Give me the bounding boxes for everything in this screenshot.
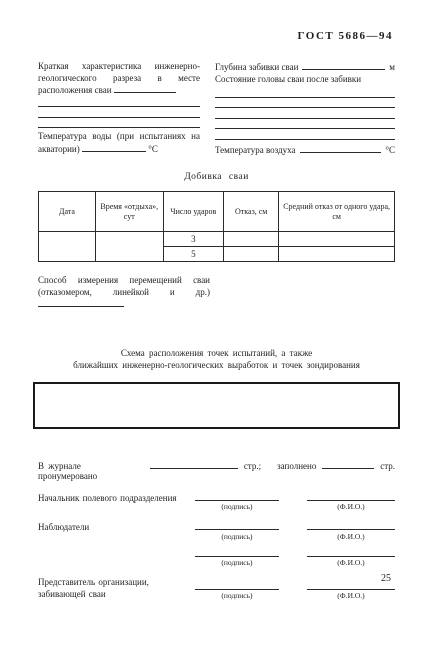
journal-pages-field: В журнале пронумеровано стр.; заполнено … [38,460,395,481]
brief-description-blank [114,84,176,93]
blank-line [215,87,395,98]
name-caption: (Ф.И.О.) [307,501,395,512]
blank-line [38,97,200,108]
right-column: Глубина забивки сваим Состояние головы с… [215,61,395,156]
signature-line [195,522,279,530]
cell-refusal [224,247,279,262]
scheme-caption-line1: Схема расположения точек испытаний, а та… [38,347,395,359]
redriving-table: Дата Время «отдыха», сут Число ударов От… [38,191,395,262]
header-fields: Краткая характеристика инженерно-геологи… [38,61,395,156]
measurement-method-blank [38,298,124,307]
col-header-date: Дата [39,192,96,232]
left-column: Краткая характеристика инженерно-геологи… [38,61,200,156]
journal-pages-label-2: стр. [380,461,395,471]
scheme-caption: Схема расположения точек испытаний, а та… [38,347,395,371]
signature-cell: (подпись) [195,582,279,601]
air-temp-label: Температура воздуха [215,145,296,157]
standard-number: ГОСТ 5686—94 [38,30,395,42]
water-temp-field: Температура воды (при испытаниях на аква… [38,131,200,155]
table-header-row: Дата Время «отдыха», сут Число ударов От… [39,192,395,232]
signature-caption: (подпись) [195,501,279,512]
table-row: 3 [39,232,395,247]
pile-head-label: Состояние головы сваи после забивки [215,74,395,86]
name-caption: (Ф.И.О.) [307,590,395,601]
signature-line [195,493,279,501]
signature-cell: (подпись) [195,549,279,568]
head-of-unit-label: Начальник полевого подразделения [38,493,195,505]
signature-line [195,582,279,590]
name-cell: (Ф.И.О.) [307,493,395,512]
name-line [307,522,395,530]
signature-row-observers: Наблюдатели (подпись) (Ф.И.О.) [38,522,395,541]
cell-rest-time [95,232,163,262]
scheme-caption-line2: ближайших инженерно-геологических вырабо… [38,359,395,371]
name-cell: (Ф.И.О.) [307,522,395,541]
signature-line [195,549,279,557]
journal-filled-label: заполнено [277,461,316,471]
water-temp-blank [82,143,146,152]
signature-row-head: Начальник полевого подразделения (подпис… [38,493,395,512]
air-temp-field: Температура воздуха°С [215,144,395,157]
signature-caption: (подпись) [195,530,279,541]
blank-line [38,107,200,118]
name-caption: (Ф.И.О.) [307,557,395,568]
col-header-rest-time: Время «отдыха», сут [95,192,163,232]
cell-avg-refusal [279,232,395,247]
measurement-method-label: Способ измерения перемещений сваи (отказ… [38,275,210,297]
driving-depth-field: Глубина забивки сваим [215,61,395,74]
air-temp-blank [300,144,382,153]
blank-line [215,98,395,109]
journal-filled-blank [322,460,374,469]
blank-line [38,118,200,129]
cell-blow-count: 3 [163,232,224,247]
journal-numbered-label: В журнале пронумеровано [38,461,144,481]
air-temp-unit: °С [385,145,395,157]
journal-numbered-blank [150,460,238,469]
col-header-avg-refusal: Средний отказ от одного удара, см [279,192,395,232]
representative-label: Представитель организации, забивающей св… [38,577,195,600]
driving-depth-blank [302,61,385,70]
signature-cell: (подпись) [195,493,279,512]
name-cell: (Ф.И.О.) [307,582,395,601]
col-header-refusal: Отказ, см [224,192,279,232]
measurement-method-field: Способ измерения перемещений сваи (отказ… [38,275,210,311]
redriving-title: Добивка сваи [38,172,395,182]
journal-pages-label-1: стр.; [244,461,261,471]
name-line [307,493,395,501]
water-temp-unit: °С [148,144,158,154]
signature-row-observers-2: (подпись) (Ф.И.О.) [38,549,395,568]
name-cell: (Ф.И.О.) [307,549,395,568]
page-number: 25 [381,573,391,584]
driving-depth-unit: м [389,62,395,74]
signature-caption: (подпись) [195,557,279,568]
document-page: ГОСТ 5686—94 Краткая характеристика инже… [0,0,431,648]
blank-line [215,129,395,140]
scheme-drawing-box [33,382,400,429]
signature-caption: (подпись) [195,590,279,601]
brief-description-field: Краткая характеристика инженерно-геологи… [38,61,200,97]
cell-date [39,232,96,262]
driving-depth-label: Глубина забивки сваи [215,62,298,74]
cell-blow-count: 5 [163,247,224,262]
name-caption: (Ф.И.О.) [307,530,395,541]
blank-line [215,119,395,130]
col-header-blow-count: Число ударов [163,192,224,232]
signature-cell: (подпись) [195,522,279,541]
observers-label: Наблюдатели [38,522,195,534]
name-line [307,549,395,557]
cell-avg-refusal [279,247,395,262]
blank-line [215,108,395,119]
cell-refusal [224,232,279,247]
signature-row-representative: Представитель организации, забивающей св… [38,577,395,600]
